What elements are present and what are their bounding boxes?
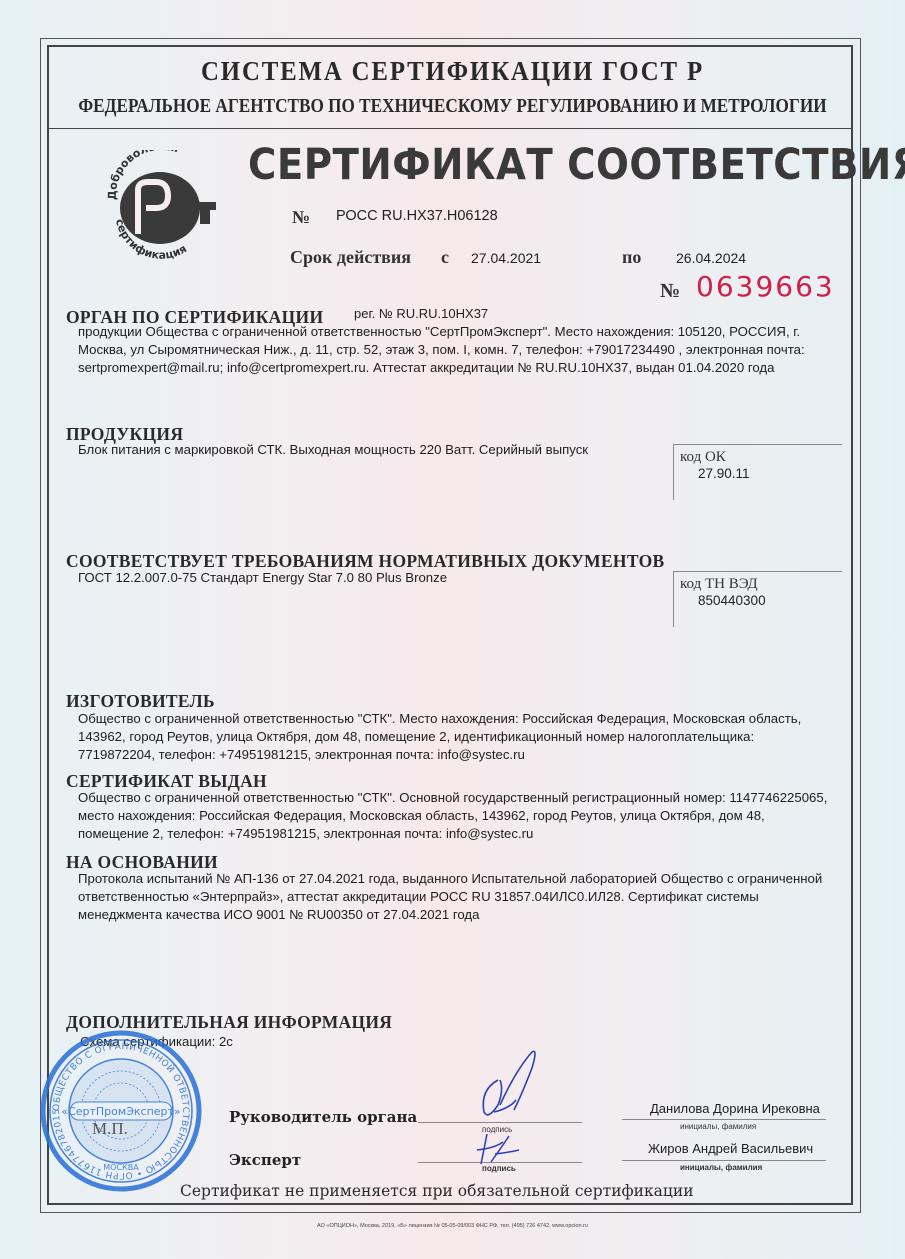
manufacturer-line: Общество с ограниченной ответственностью… bbox=[78, 710, 801, 728]
issued-to-details: Общество с ограниченной ответственностью… bbox=[78, 789, 827, 843]
manufacturer-details: Общество с ограниченной ответственностью… bbox=[78, 710, 801, 764]
basis-line: ответственностью «Энтерпрайз», аттестат … bbox=[78, 888, 822, 906]
basis-details: Протокола испытаний № АП-136 от 27.04.20… bbox=[78, 870, 822, 924]
basis-line: менеджмента качества ИСО 9001 № RU00350 … bbox=[78, 906, 822, 924]
valid-from: 27.04.2021 bbox=[471, 250, 541, 266]
agency-title: ФЕДЕРАЛЬНОЕ АГЕНТСТВО ПО ТЕХНИЧЕСКОМУ РЕ… bbox=[63, 95, 841, 118]
footer-note: Сертификат не применяется при обязательн… bbox=[180, 1182, 694, 1200]
product-text: Блок питания с маркировкой СТК. Выходная… bbox=[78, 441, 588, 459]
head-signature bbox=[470, 1050, 550, 1130]
printer-info: АО «ОПЦИОН», Москва, 2019, «Б» лицензия … bbox=[0, 1223, 905, 1229]
header-divider bbox=[47, 128, 853, 129]
manufacturer-title: ИЗГОТОВИТЕЛЬ bbox=[66, 691, 215, 712]
conformity-text: ГОСТ 12.2.007.0-75 Стандарт Energy Star … bbox=[78, 569, 447, 587]
head-role-label: Руководитель органа bbox=[229, 1108, 417, 1126]
organization-stamp: ОБЩЕСТВО С ОГРАНИЧЕННОЙ ОТВЕТСТВЕННОСТЬЮ… bbox=[40, 1030, 202, 1192]
head-name: Данилова Дорина Ирековна bbox=[650, 1100, 820, 1118]
cert-number-label: № bbox=[292, 207, 310, 228]
certificate-title: СЕРТИФИКАТ СООТВЕТСТВИЯ bbox=[248, 140, 905, 190]
handwritten-signature-icon bbox=[470, 1050, 550, 1125]
certification-body-line: Москва, ул Сыромятническая Ниж., д. 11, … bbox=[78, 341, 805, 359]
expert-role-label: Эксперт bbox=[229, 1151, 301, 1169]
expert-signature bbox=[475, 1128, 525, 1173]
head-name-line bbox=[622, 1119, 826, 1120]
expert-name-line bbox=[622, 1160, 826, 1161]
issued-to-line: помещение 2, телефон: +74951981215, элек… bbox=[78, 825, 827, 843]
certification-body-line: продукции Общества с ограниченной ответс… bbox=[78, 323, 805, 341]
expert-name-caption: инициалы, фамилия bbox=[680, 1163, 762, 1172]
validity-from-label: с bbox=[441, 247, 449, 268]
expert-name: Жиров Андрей Васильевич bbox=[648, 1140, 813, 1158]
stamp-place-label: М.П. bbox=[92, 1119, 128, 1139]
blank-number-label: № bbox=[660, 280, 680, 303]
svg-text:«СертПромЭксперт»: «СертПромЭксперт» bbox=[61, 1105, 180, 1118]
basis-line: Протокола испытаний № АП-136 от 27.04.20… bbox=[78, 870, 822, 888]
system-title: СИСТЕМА СЕРТИФИКАЦИИ ГОСТ Р bbox=[36, 56, 869, 87]
handwritten-signature-icon bbox=[475, 1128, 525, 1168]
certification-body-details: продукции Общества с ограниченной ответс… bbox=[78, 323, 805, 377]
certification-body-reg: рег. № RU.RU.10НХ37 bbox=[354, 306, 488, 321]
certification-body-line: sertpromexpert@mail.ru; info@certpromexp… bbox=[78, 359, 805, 377]
rst-logo-icon: Добровольная сертификация bbox=[102, 150, 222, 260]
valid-to: 26.04.2024 bbox=[676, 250, 746, 266]
validity-label: Срок действия bbox=[290, 247, 411, 268]
cert-number: РОСС RU.НХ37.Н06128 bbox=[336, 208, 498, 224]
rst-voluntary-logo: Добровольная сертификация bbox=[102, 150, 222, 260]
svg-text:МОСКВА: МОСКВА bbox=[103, 1163, 139, 1172]
okpd-code-box: код ОК 27.90.11 bbox=[673, 444, 842, 500]
okpd-code-value: 27.90.11 bbox=[698, 466, 842, 481]
validity-to-label: по bbox=[622, 247, 641, 268]
blank-number: 0639663 bbox=[696, 270, 835, 303]
manufacturer-line: 143962, город Реутов, улица Октября, дом… bbox=[78, 728, 801, 746]
stamp-seal-icon: ОБЩЕСТВО С ОГРАНИЧЕННОЙ ОТВЕТСТВЕННОСТЬЮ… bbox=[40, 1030, 202, 1192]
okpd-code-label: код ОК bbox=[680, 449, 842, 466]
tnved-code-label: код ТН ВЭД bbox=[680, 576, 842, 593]
tnved-code-value: 850440300 bbox=[698, 593, 842, 608]
manufacturer-line: 7719872204, телефон: +74951981215, элект… bbox=[78, 746, 801, 764]
tnved-code-box: код ТН ВЭД 850440300 bbox=[673, 571, 842, 627]
head-name-caption: инициалы, фамилия bbox=[680, 1122, 756, 1131]
issued-to-line: место нахождения: Российская Федерация, … bbox=[78, 807, 827, 825]
issued-to-line: Общество с ограниченной ответственностью… bbox=[78, 789, 827, 807]
